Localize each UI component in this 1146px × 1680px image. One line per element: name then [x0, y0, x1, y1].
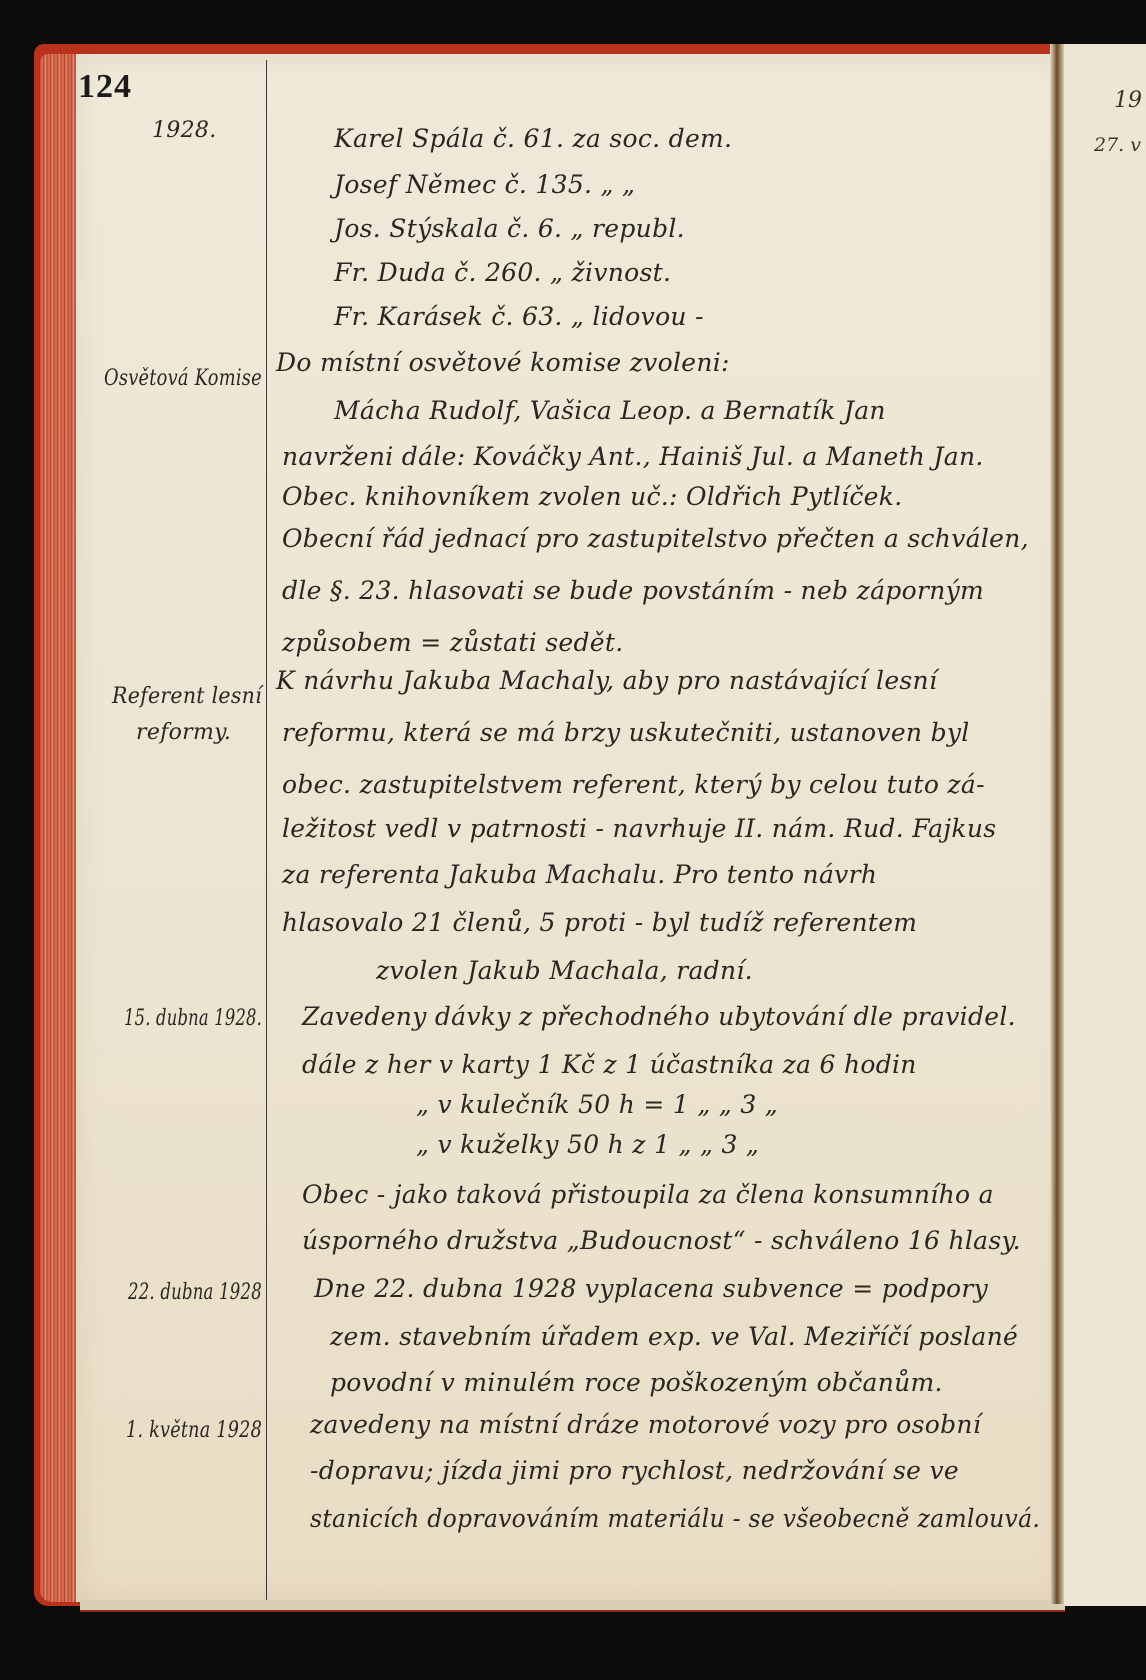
handwritten-line: reformu, která se má brzy uskutečniti, u…	[282, 718, 970, 747]
handwritten-line: K návrhu Jakuba Machaly, aby pro nastáva…	[276, 666, 937, 695]
handwritten-line: Zavedeny dávky z přechodného ubytování d…	[302, 1002, 1016, 1031]
handwritten-line: navrženi dále: Kováčky Ant., Hainiš Jul.…	[282, 442, 984, 471]
margin-note-year: 1928.	[152, 118, 216, 143]
handwritten-line: Dne 22. dubna 1928 vyplacena subvence = …	[314, 1274, 988, 1303]
handwritten-line: Obecní řád jednací pro zastupitelstvo př…	[282, 524, 1029, 553]
handwritten-line: -dopravu; jízda jimi pro rychlost, nedrž…	[310, 1456, 959, 1485]
handwritten-line: Mácha Rudolf, Vašica Leop. a Bernatík Ja…	[334, 396, 886, 425]
handwritten-line: obec. zastupitelstvem referent, který by…	[282, 770, 985, 799]
handwritten-line: úsporného družstva „Budoucnost“ - schvál…	[302, 1226, 1021, 1255]
margin-column-rule	[266, 60, 267, 1600]
handwritten-line: „ v kuželky 50 h z 1 „ „ 3 „	[416, 1130, 759, 1159]
facing-page-date: 27. v	[1094, 134, 1141, 156]
handwritten-line: „ v kulečník 50 h = 1 „ „ 3 „	[416, 1090, 778, 1119]
page-bottom-edge	[80, 1600, 1065, 1612]
handwritten-line: Obec. knihovníkem zvolen uč.: Oldřich Py…	[282, 482, 902, 511]
handwritten-line: stanicích dopravováním materiálu - se vš…	[310, 1504, 1040, 1533]
facing-page: 19 27. v	[1064, 44, 1146, 1606]
handwritten-line: zem. stavebním úřadem exp. ve Val. Meziř…	[330, 1322, 1018, 1351]
handwritten-line: povodní v minulém roce poškozeným občanů…	[330, 1368, 943, 1397]
margin-note-date-22-april: 22. dubna 1928	[128, 1280, 262, 1305]
handwritten-line: za referenta Jakuba Machalu. Pro tento n…	[282, 860, 877, 889]
page-number: 124	[78, 68, 132, 106]
margin-note-date-15-april: 15. dubna 1928.	[124, 1006, 262, 1031]
page-edges	[40, 54, 78, 1602]
handwritten-line: Jos. Stýskala č. 6. „ republ.	[334, 214, 685, 243]
facing-page-year: 19	[1114, 88, 1142, 113]
handwritten-line: dle §. 23. hlasovati se bude povstáním -…	[282, 576, 984, 605]
handwritten-line: Fr. Karásek č. 63. „ lidovou -	[334, 302, 704, 331]
handwritten-line: zvolen Jakub Machala, radní.	[376, 956, 753, 985]
book-gutter	[1050, 44, 1064, 1604]
handwritten-line: hlasovalo 21 členů, 5 proti - byl tudíž …	[282, 908, 917, 937]
handwritten-line: Obec - jako taková přistoupila za člena …	[302, 1180, 994, 1209]
handwritten-line: způsobem = zůstati sedět.	[282, 628, 623, 657]
handwritten-line: Josef Němec č. 135. „ „	[334, 170, 635, 199]
margin-note-date-1-may: 1. května 1928	[126, 1418, 262, 1443]
handwritten-line: dále z her v karty 1 Kč z 1 účastníka za…	[302, 1050, 917, 1079]
handwritten-line: zavedeny na místní dráze motorové vozy p…	[310, 1410, 981, 1439]
margin-note-osvetova-komise: Osvětová Komise	[104, 366, 262, 391]
handwritten-line: Do místní osvětové komise zvoleni:	[276, 348, 730, 377]
handwritten-line: Fr. Duda č. 260. „ živnost.	[334, 258, 671, 287]
handwritten-line: ležitost vedl v patrnosti - navrhuje II.…	[282, 814, 996, 843]
margin-note-reformy: reformy.	[136, 720, 231, 745]
handwritten-line: Karel Spála č. 61. za soc. dem.	[334, 124, 732, 153]
margin-note-referent: Referent lesní	[112, 684, 262, 709]
